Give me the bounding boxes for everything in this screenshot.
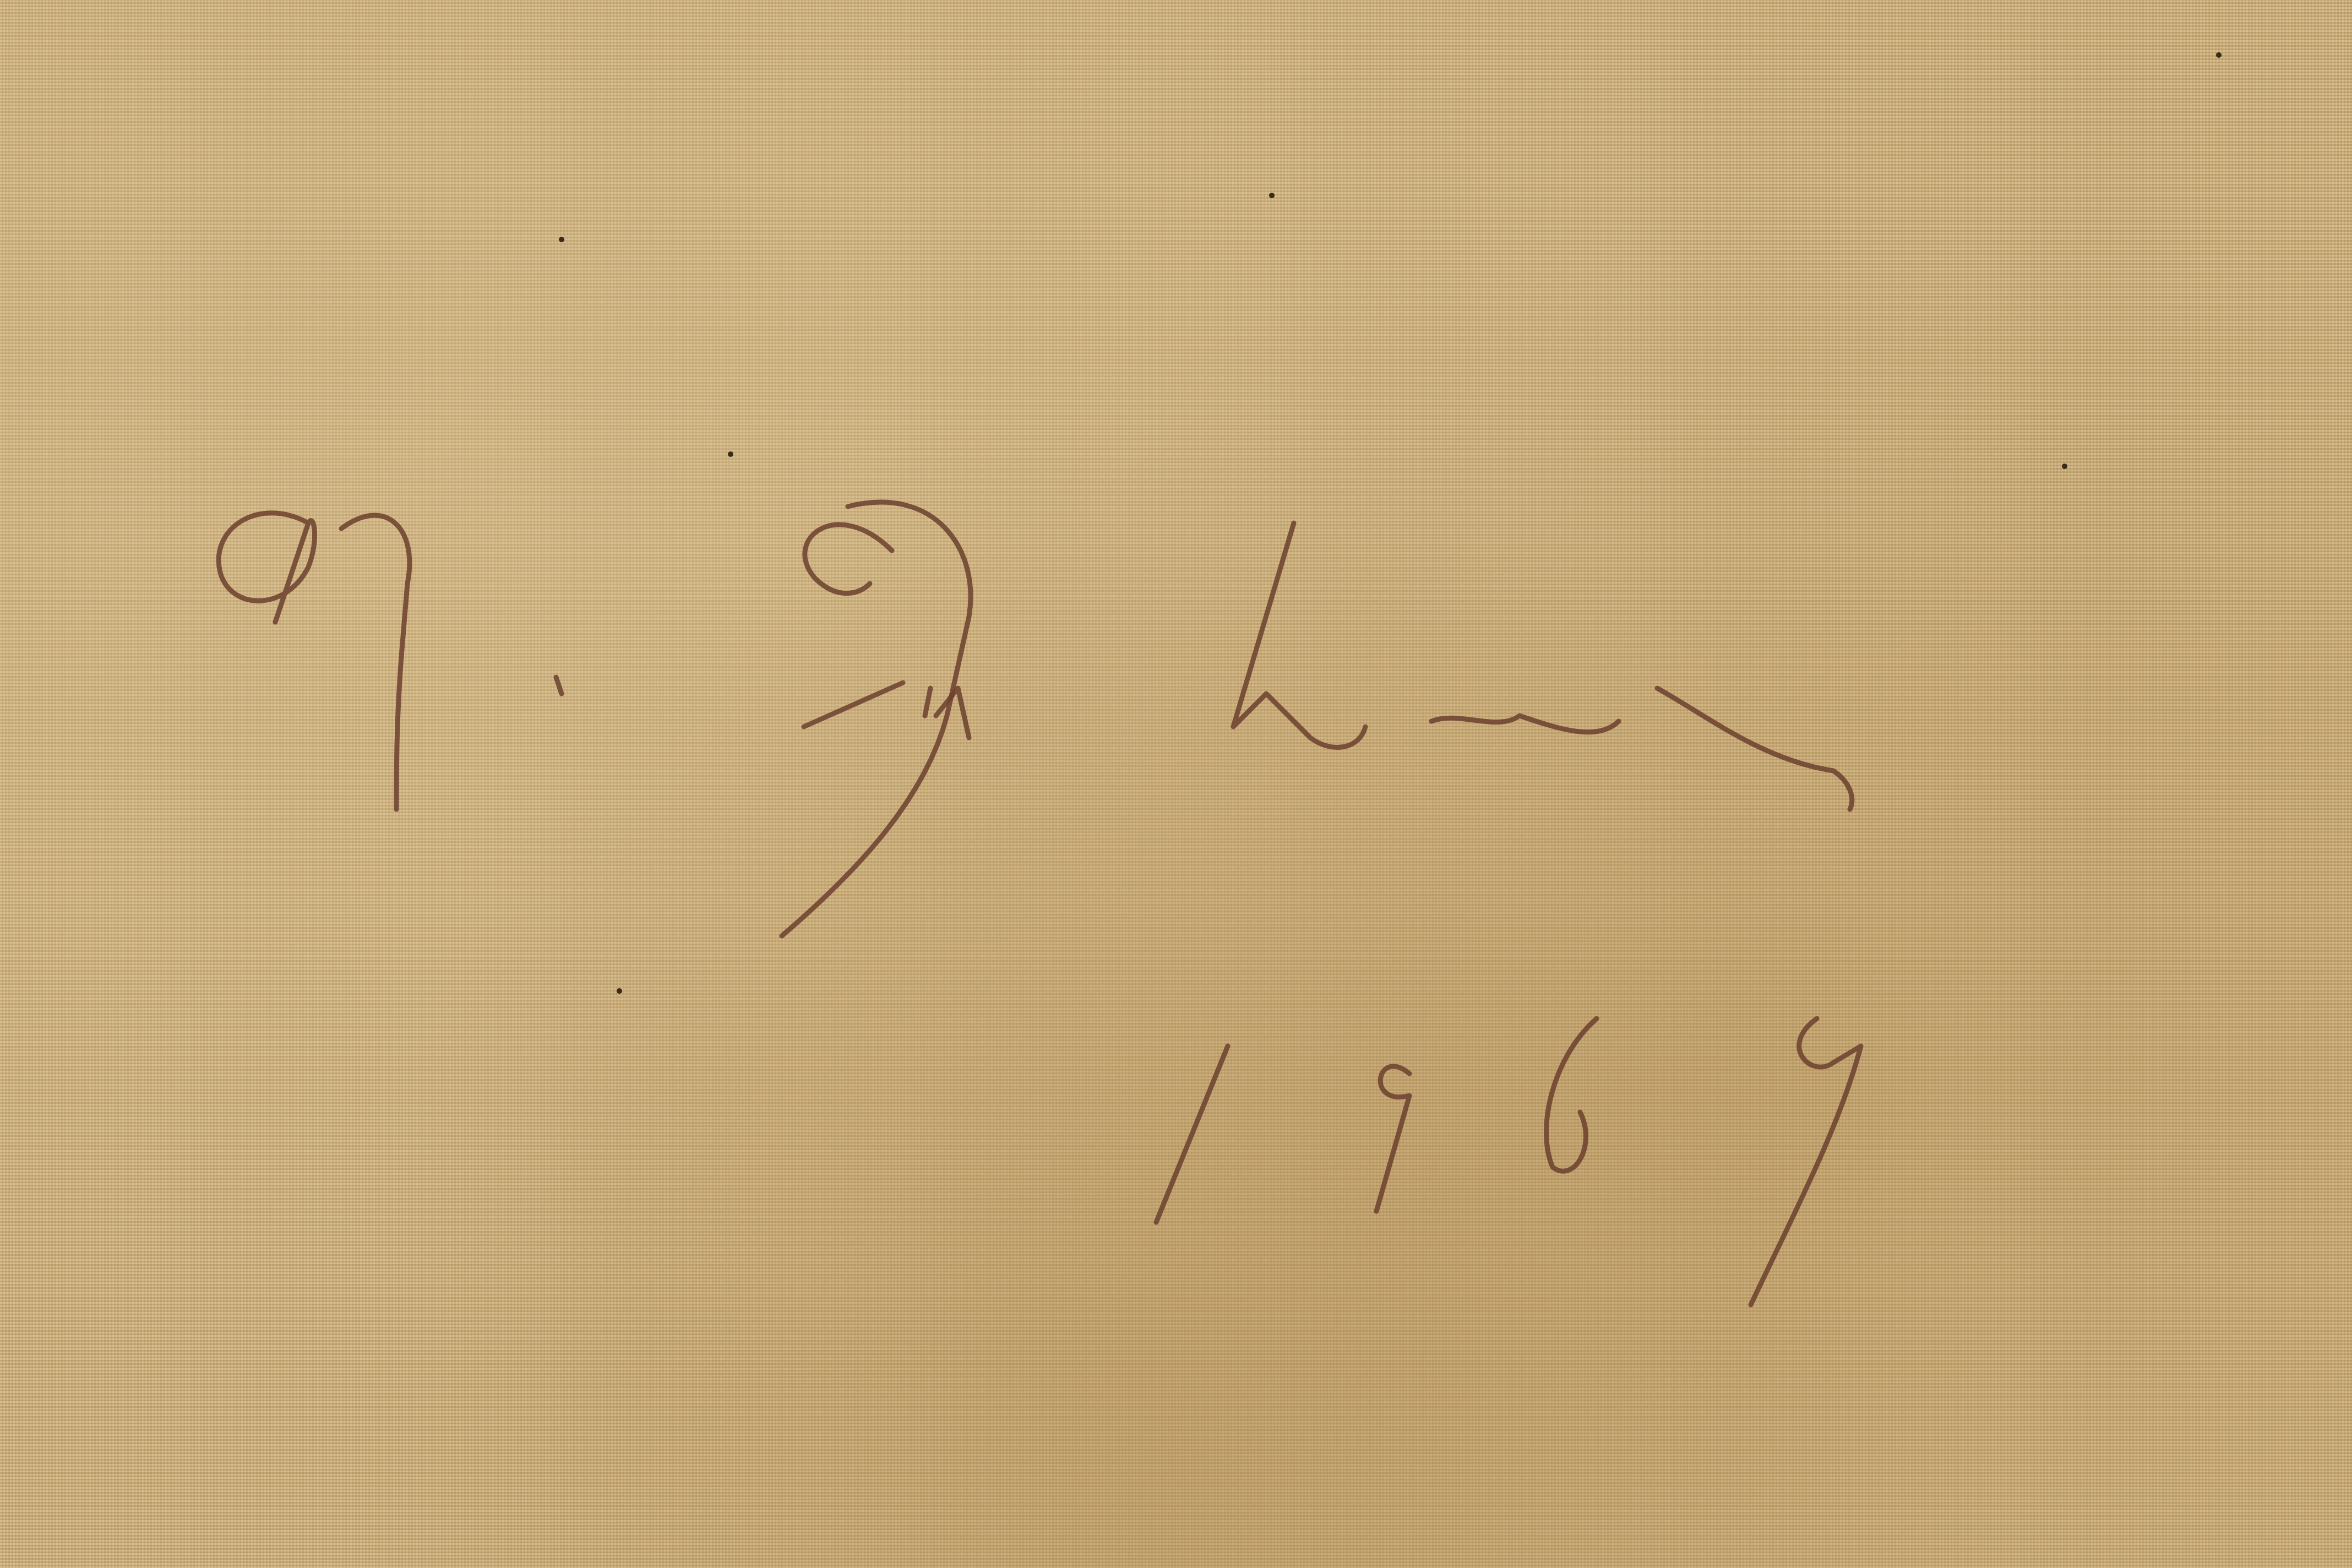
canvas-speck	[617, 988, 622, 994]
canvas-speck	[559, 237, 564, 242]
signature-strokes	[0, 0, 2352, 1568]
canvas-background: N. Gabo 1967	[0, 0, 2352, 1568]
canvas-speck	[2062, 464, 2067, 469]
canvas-speck	[2216, 52, 2222, 58]
canvas-speck	[728, 451, 733, 457]
canvas-speck	[1269, 193, 1275, 198]
